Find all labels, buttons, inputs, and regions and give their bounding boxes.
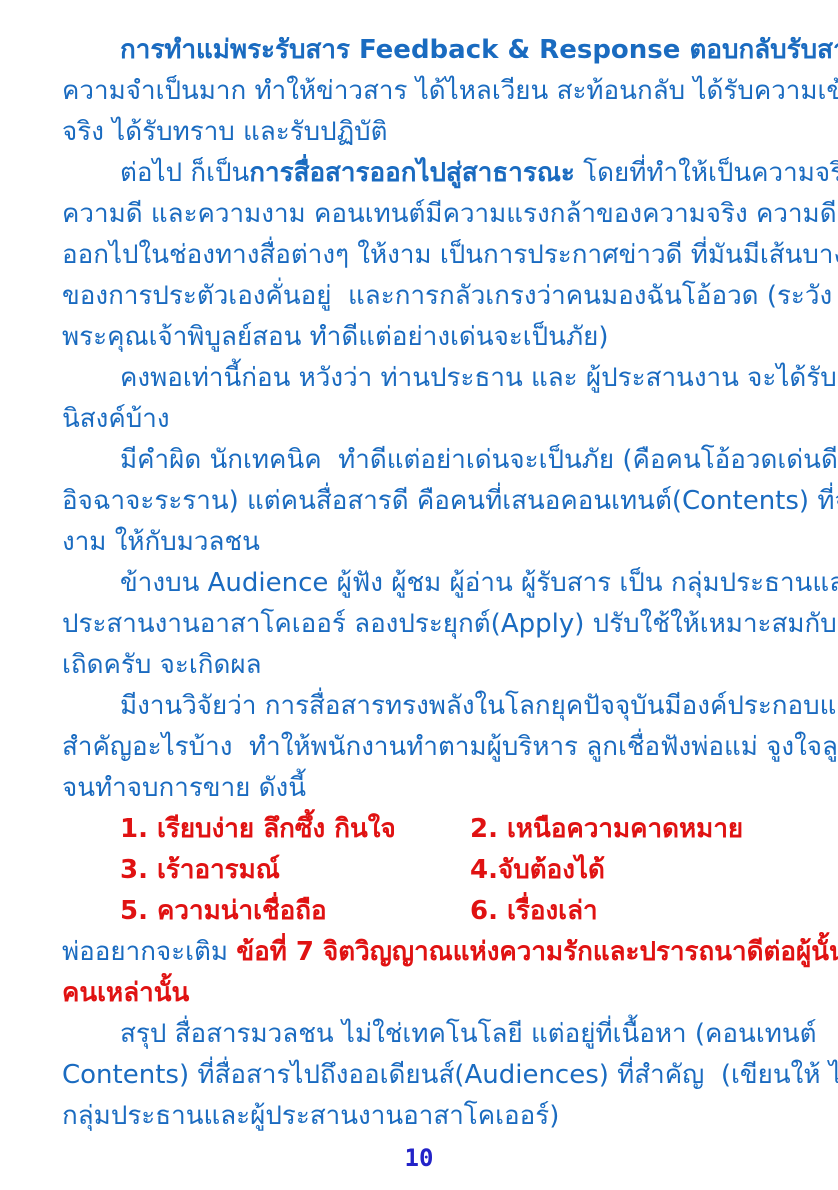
text-run: 6. เรื่องเล่า [470,896,598,926]
text-run: ความดี และความงาม คอนเทนต์มีความแรงกล้าข… [62,199,838,229]
text-line: นิสงค์บ้าง [62,399,790,440]
text-line: การทำแม่พระรับสาร Feedback & Response ตอ… [62,30,790,71]
text-run: พระคุณเจ้าพิบูลย์สอน ทำดีแต่อย่างเด่นจะเ… [62,322,608,352]
text-line: พ่ออยากจะเติม ข้อที่ 7 จิตวิญญาณแห่งความ… [62,932,790,973]
text-run: คงพอเท่านี้ก่อน หวังว่า ท่านประธาน และ ผ… [120,363,838,393]
text-run: มีคำผิด นักเทคนิค ทำดีแต่อย่าเด่นจะเป็นภ… [120,445,838,475]
text-run: ข้อที่ 7 จิตวิญญาณแห่งความรักและปรารถนาด… [236,937,838,967]
text-run: ความจำเป็นมาก ทำให้ข่าวสาร ได้ไหลเวียน ส… [62,76,838,106]
text-line: จริง ได้รับทราบ และรับปฏิบัติ [62,112,790,153]
text-run: ออกไปในช่องทางสื่อต่างๆ ให้งาม เป็นการปร… [62,240,838,270]
text-line: เถิดครับ จะเกิดผล [62,645,790,686]
text-run: งาม ให้กับมวลชน [62,527,260,557]
text-run: 3. เร้าอารมณ์ [120,850,470,891]
text-run: คนเหล่านั้น [62,978,189,1008]
page-number: 10 [0,1144,838,1172]
text-line: มีงานวิจัยว่า การสื่อสารทรงพลังในโลกยุคป… [62,686,790,727]
text-run: 1. เรียบง่าย ลึกซึ้ง กินใจ [120,809,470,850]
text-run: โดยที่ทำให้เป็นความจริง [575,158,838,188]
text-run: 4.จับต้องได้ [470,855,605,885]
text-run: Contents) ที่สื่อสารไปถึงออเดียนส์(Audie… [62,1060,838,1090]
text-line: ความดี และความงาม คอนเทนต์มีความแรงกล้าข… [62,194,790,235]
text-run: การสื่อสารออกไปสู่สาธารณะ [249,158,575,188]
text-run: ข้างบน Audience ผู้ฟัง ผู้ชม ผู้อ่าน ผู้… [120,568,838,598]
text-line: งาม ให้กับมวลชน [62,522,790,563]
text-run: จริง ได้รับทราบ และรับปฏิบัติ [62,117,388,147]
text-run: เถิดครับ จะเกิดผล [62,650,262,680]
text-line: คงพอเท่านี้ก่อน หวังว่า ท่านประธาน และ ผ… [62,358,790,399]
text-line: ออกไปในช่องทางสื่อต่างๆ ให้งาม เป็นการปร… [62,235,790,276]
text-line: ข้างบน Audience ผู้ฟัง ผู้ชม ผู้อ่าน ผู้… [62,563,790,604]
text-run: จนทำจบการขาย ดังนี้ [62,773,306,803]
text-line: คนเหล่านั้น [62,973,790,1014]
text-run: 5. ความน่าเชื่อถือ [120,891,470,932]
text-run: กลุ่มประธานและผู้ประสานงานอาสาโคเออร์) [62,1101,559,1131]
text-line: สำคัญอะไรบ้าง ทำให้พนักงานทำตามผู้บริหาร… [62,727,790,768]
text-run: อิจฉาจะระราน) แต่คนสื่อสารดี คือคนที่เสน… [62,486,838,516]
text-line: ต่อไป ก็เป็นการสื่อสารออกไปสู่สาธารณะ โด… [62,153,790,194]
text-run: ของการประตัวเองคั่นอยู่ และการกลัวเกรงว่… [62,281,832,311]
text-line: พระคุณเจ้าพิบูลย์สอน ทำดีแต่อย่างเด่นจะเ… [62,317,790,358]
text-run: มีงานวิจัยว่า การสื่อสารทรงพลังในโลกยุคป… [120,691,838,721]
text-line: จนทำจบการขาย ดังนี้ [62,768,790,809]
text-run: ต่อไป ก็เป็น [120,158,249,188]
text-line: ของการประตัวเองคั่นอยู่ และการกลัวเกรงว่… [62,276,790,317]
document-body: การทำแม่พระรับสาร Feedback & Response ตอ… [62,30,790,1137]
text-run: สำคัญอะไรบ้าง ทำให้พนักงานทำตามผู้บริหาร… [62,732,838,762]
text-run: นิสงค์บ้าง [62,404,170,434]
text-run: ประสานงานอาสาโคเออร์ ลองประยุกต์(Apply) … [62,609,838,639]
text-line: อิจฉาจะระราน) แต่คนสื่อสารดี คือคนที่เสน… [62,481,790,522]
text-line: สรุป สื่อสารมวลชน ไม่ใช่เทคโนโลยี แต่อยู… [62,1014,790,1055]
text-line: Contents) ที่สื่อสารไปถึงออเดียนส์(Audie… [62,1055,790,1096]
text-run: พ่ออยากจะเติม [62,937,236,967]
text-line: มีคำผิด นักเทคนิค ทำดีแต่อย่าเด่นจะเป็นภ… [62,440,790,481]
text-run: สรุป สื่อสารมวลชน ไม่ใช่เทคโนโลยี แต่อยู… [120,1019,817,1049]
text-line: ความจำเป็นมาก ทำให้ข่าวสาร ได้ไหลเวียน ส… [62,71,790,112]
text-line: 3. เร้าอารมณ์4.จับต้องได้ [62,850,790,891]
text-run: 2. เหนือความคาดหมาย [470,814,743,844]
document-page: การทำแม่พระรับสาร Feedback & Response ตอ… [0,0,838,1190]
text-line: กลุ่มประธานและผู้ประสานงานอาสาโคเออร์) [62,1096,790,1137]
text-line: 5. ความน่าเชื่อถือ6. เรื่องเล่า [62,891,790,932]
text-run: การทำแม่พระรับสาร Feedback & Response ตอ… [120,35,838,65]
text-line: 1. เรียบง่าย ลึกซึ้ง กินใจ2. เหนือความคา… [62,809,790,850]
text-line: ประสานงานอาสาโคเออร์ ลองประยุกต์(Apply) … [62,604,790,645]
